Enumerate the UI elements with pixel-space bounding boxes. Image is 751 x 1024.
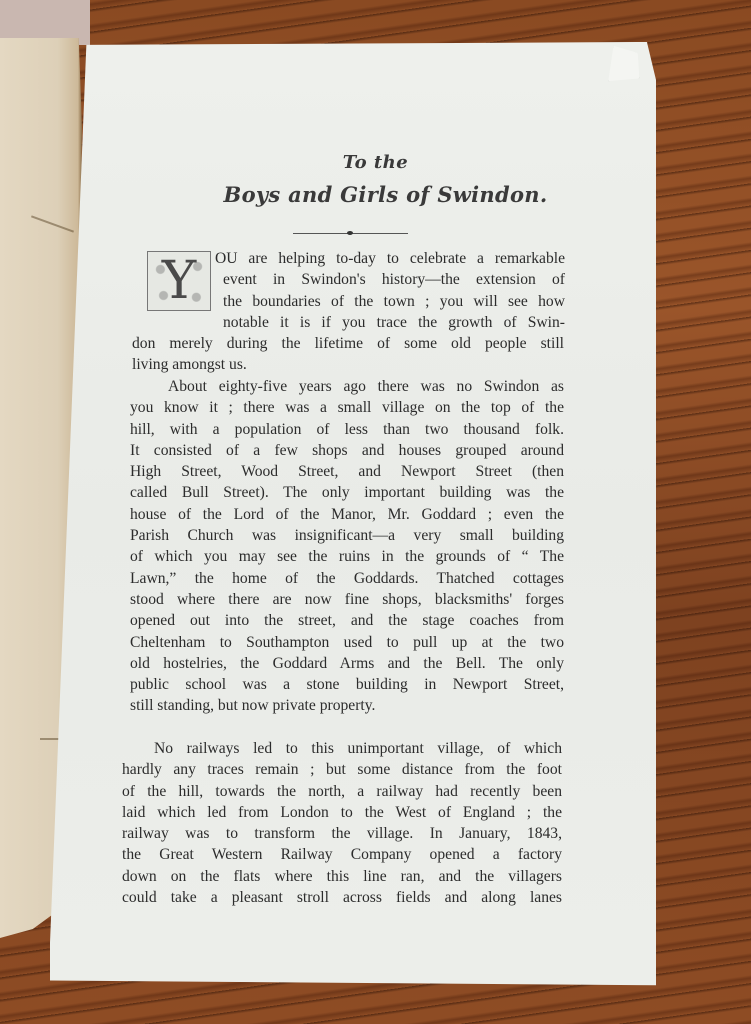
text-line: of which you may see the ruins in the gr… (130, 546, 564, 567)
text-line: old hostelries, the Goddard Arms and the… (130, 653, 564, 674)
text-line: Parish Church was insignificant—a very s… (130, 525, 564, 546)
text-line: living amongst us. (132, 354, 564, 375)
text-line: No railways led to this unimportant vill… (154, 738, 562, 759)
text-line: you know it ; there was a small village … (130, 397, 564, 418)
text-line: About eighty-five years ago there was no… (168, 376, 564, 397)
text-line: Lawn,” the home of the Goddards. Thatche… (130, 568, 564, 589)
text-line: hardly any traces remain ; but some dist… (122, 759, 562, 780)
paragraph-2: About eighty-five years ago there was no… (130, 376, 564, 717)
divider-dot-icon (347, 231, 353, 235)
text-line: stood where there are now fine shops, bl… (130, 589, 564, 610)
heading-to-the: To the (0, 152, 751, 173)
text-line: Cheltenham to Southampton used to pull u… (130, 632, 564, 653)
text-line: opened out into the street, and the stag… (130, 610, 564, 631)
text-line: the Great Western Railway Company opened… (122, 844, 562, 865)
text-line: could take a pleasant stroll across fiel… (122, 887, 562, 908)
text-line: of the hill, towards the north, a railwa… (122, 781, 562, 802)
text-line: public school was a stone building in Ne… (130, 674, 564, 695)
text-line: called Bull Street). The only important … (130, 482, 564, 503)
text-line: down on the flats where this line ran, a… (122, 866, 562, 887)
heading-title: Boys and Girls of Swindon. (10, 182, 751, 207)
paragraph-1-wrapped: OU are helping to-day to celebrate a rem… (215, 248, 565, 333)
text-line: OU are helping to-day to celebrate a rem… (215, 248, 565, 269)
text-line: High Street, Wood Street, and Newport St… (130, 461, 564, 482)
text-line: laid which led from London to the West o… (122, 802, 562, 823)
text-line: house of the Lord of the Manor, Mr. Godd… (130, 504, 564, 525)
text-line: It consisted of a few shops and houses g… (130, 440, 564, 461)
text-line: railway was to transform the village. In… (122, 823, 562, 844)
text-line: don merely during the lifetime of some o… (132, 333, 564, 354)
text-line: hill, with a population of less than two… (130, 419, 564, 440)
paragraph-1-tail: don merely during the lifetime of some o… (132, 333, 564, 376)
text-line: still standing, but now private property… (130, 695, 564, 716)
text-line: notable it is if you trace the growth of… (223, 312, 565, 333)
text-line: event in Swindon's history—the extension… (223, 269, 565, 290)
paragraph-3: No railways led to this unimportant vill… (122, 738, 562, 908)
text-line: the boundaries of the town ; you will se… (223, 291, 565, 312)
ornamental-drop-cap: Y (147, 251, 211, 311)
page-crease (31, 215, 74, 232)
